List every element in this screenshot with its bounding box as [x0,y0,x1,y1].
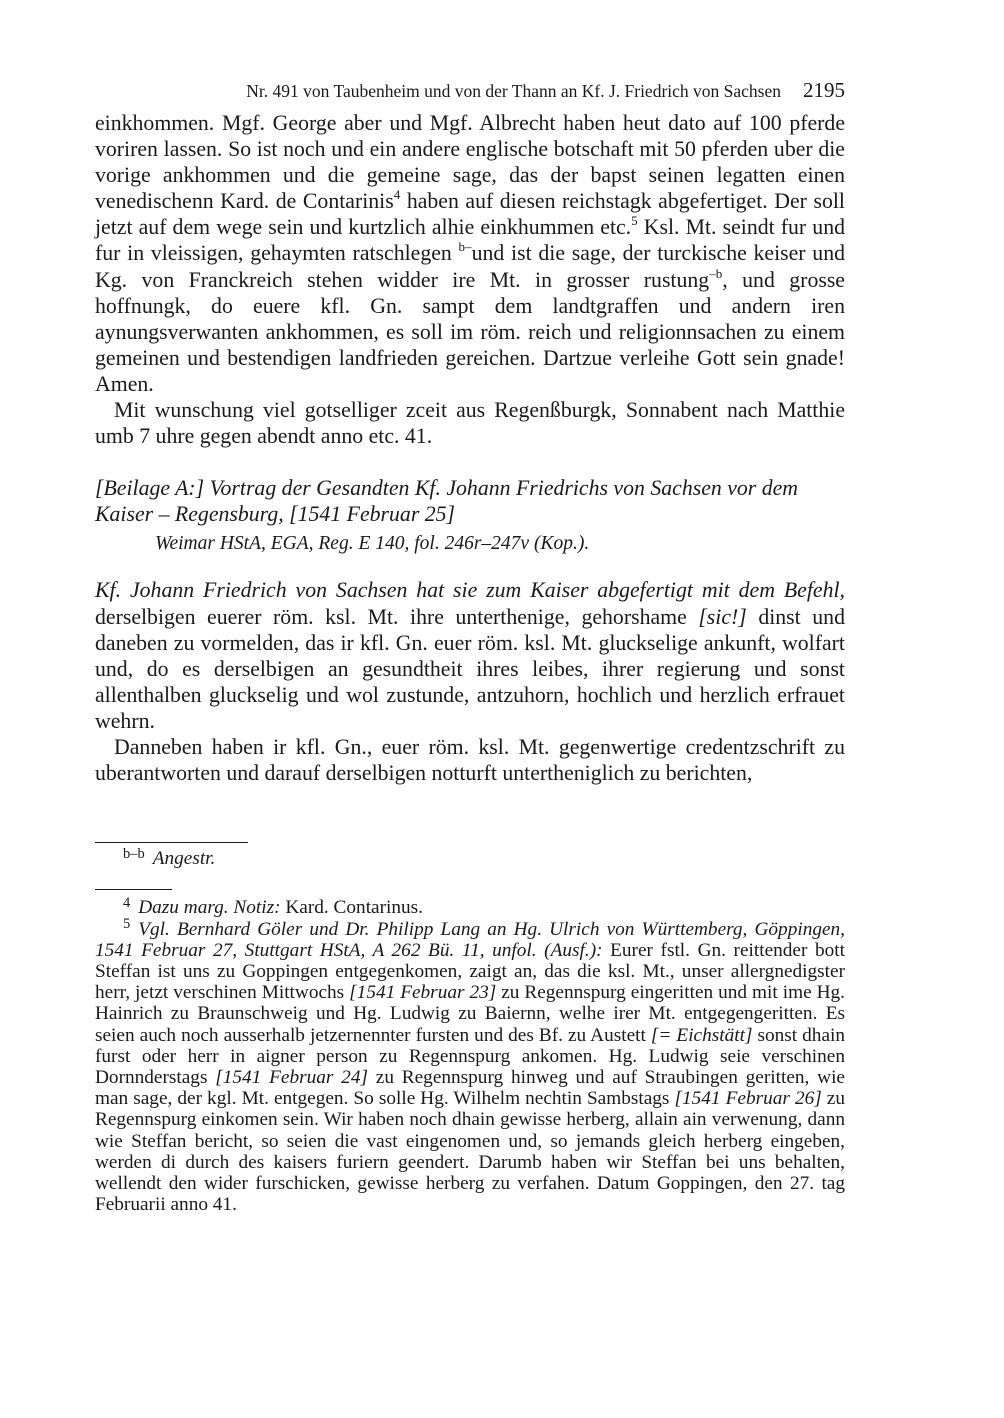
footnote-text: Angestr. [153,848,216,869]
footnote-divider-letters [95,842,248,843]
note-mark-b-close: –b [709,265,722,280]
footnote-4: 4Dazu marg. Notiz: Kard. Contarinus. [95,897,845,918]
letter-paragraph-2: Mit wunschung viel gotselliger zceit aus… [95,397,845,449]
letter-body: einkhommen. Mgf. George aber und Mgf. Al… [95,110,845,449]
footnote-mark: b–b [123,846,145,862]
archival-source: Weimar HStA, EGA, Reg. E 140, fol. 246r–… [155,531,845,557]
footnote-number: 4 [123,895,130,911]
editorial-gloss: [= Eichstätt] [651,1025,753,1046]
beilage-heading: [Beilage A:] Vortrag der Gesandten Kf. J… [95,475,845,527]
footnote-number: 5 [123,916,130,932]
running-head-title: Nr. 491 von Taubenheim und von der Thann… [246,81,781,102]
footnote-divider-numbers [95,889,172,890]
numbered-footnotes: 4Dazu marg. Notiz: Kard. Contarinus. 5Vg… [95,897,845,1215]
editorial-date: [1541 Februar 23] [349,982,496,1003]
note-mark-b-open: b– [459,239,472,254]
document-page: Nr. 491 von Taubenheim und von der Thann… [95,78,845,1215]
footnote-editorial: Dazu marg. Notiz: [138,897,280,918]
sic-note: [sic!] [698,605,746,629]
editorial-summary: Kf. Johann Friedrich von Sachsen hat sie… [95,578,845,602]
footnote-b: b–bAngestr. [123,848,845,869]
running-head: Nr. 491 von Taubenheim und von der Thann… [95,78,845,110]
editorial-date: [1541 Februar 26] [675,1088,822,1109]
beilage-body: Kf. Johann Friedrich von Sachsen hat sie… [95,577,845,786]
text-run: derselbigen euerer röm. ksl. Mt. ihre un… [95,605,698,629]
footnote-5: 5Vgl. Bernhard Göler und Dr. Philipp Lan… [95,919,845,1216]
letter-paragraph-1: einkhommen. Mgf. George aber und Mgf. Al… [95,110,845,397]
beilage-paragraph-2: Danneben haben ir kfl. Gn., euer röm. ks… [95,734,845,786]
beilage-paragraph-1: Kf. Johann Friedrich von Sachsen hat sie… [95,577,845,734]
footnote-text: Kard. Contarinus. [281,897,423,918]
page-number: 2195 [803,78,845,103]
editorial-date: [1541 Februar 24] [215,1067,368,1088]
